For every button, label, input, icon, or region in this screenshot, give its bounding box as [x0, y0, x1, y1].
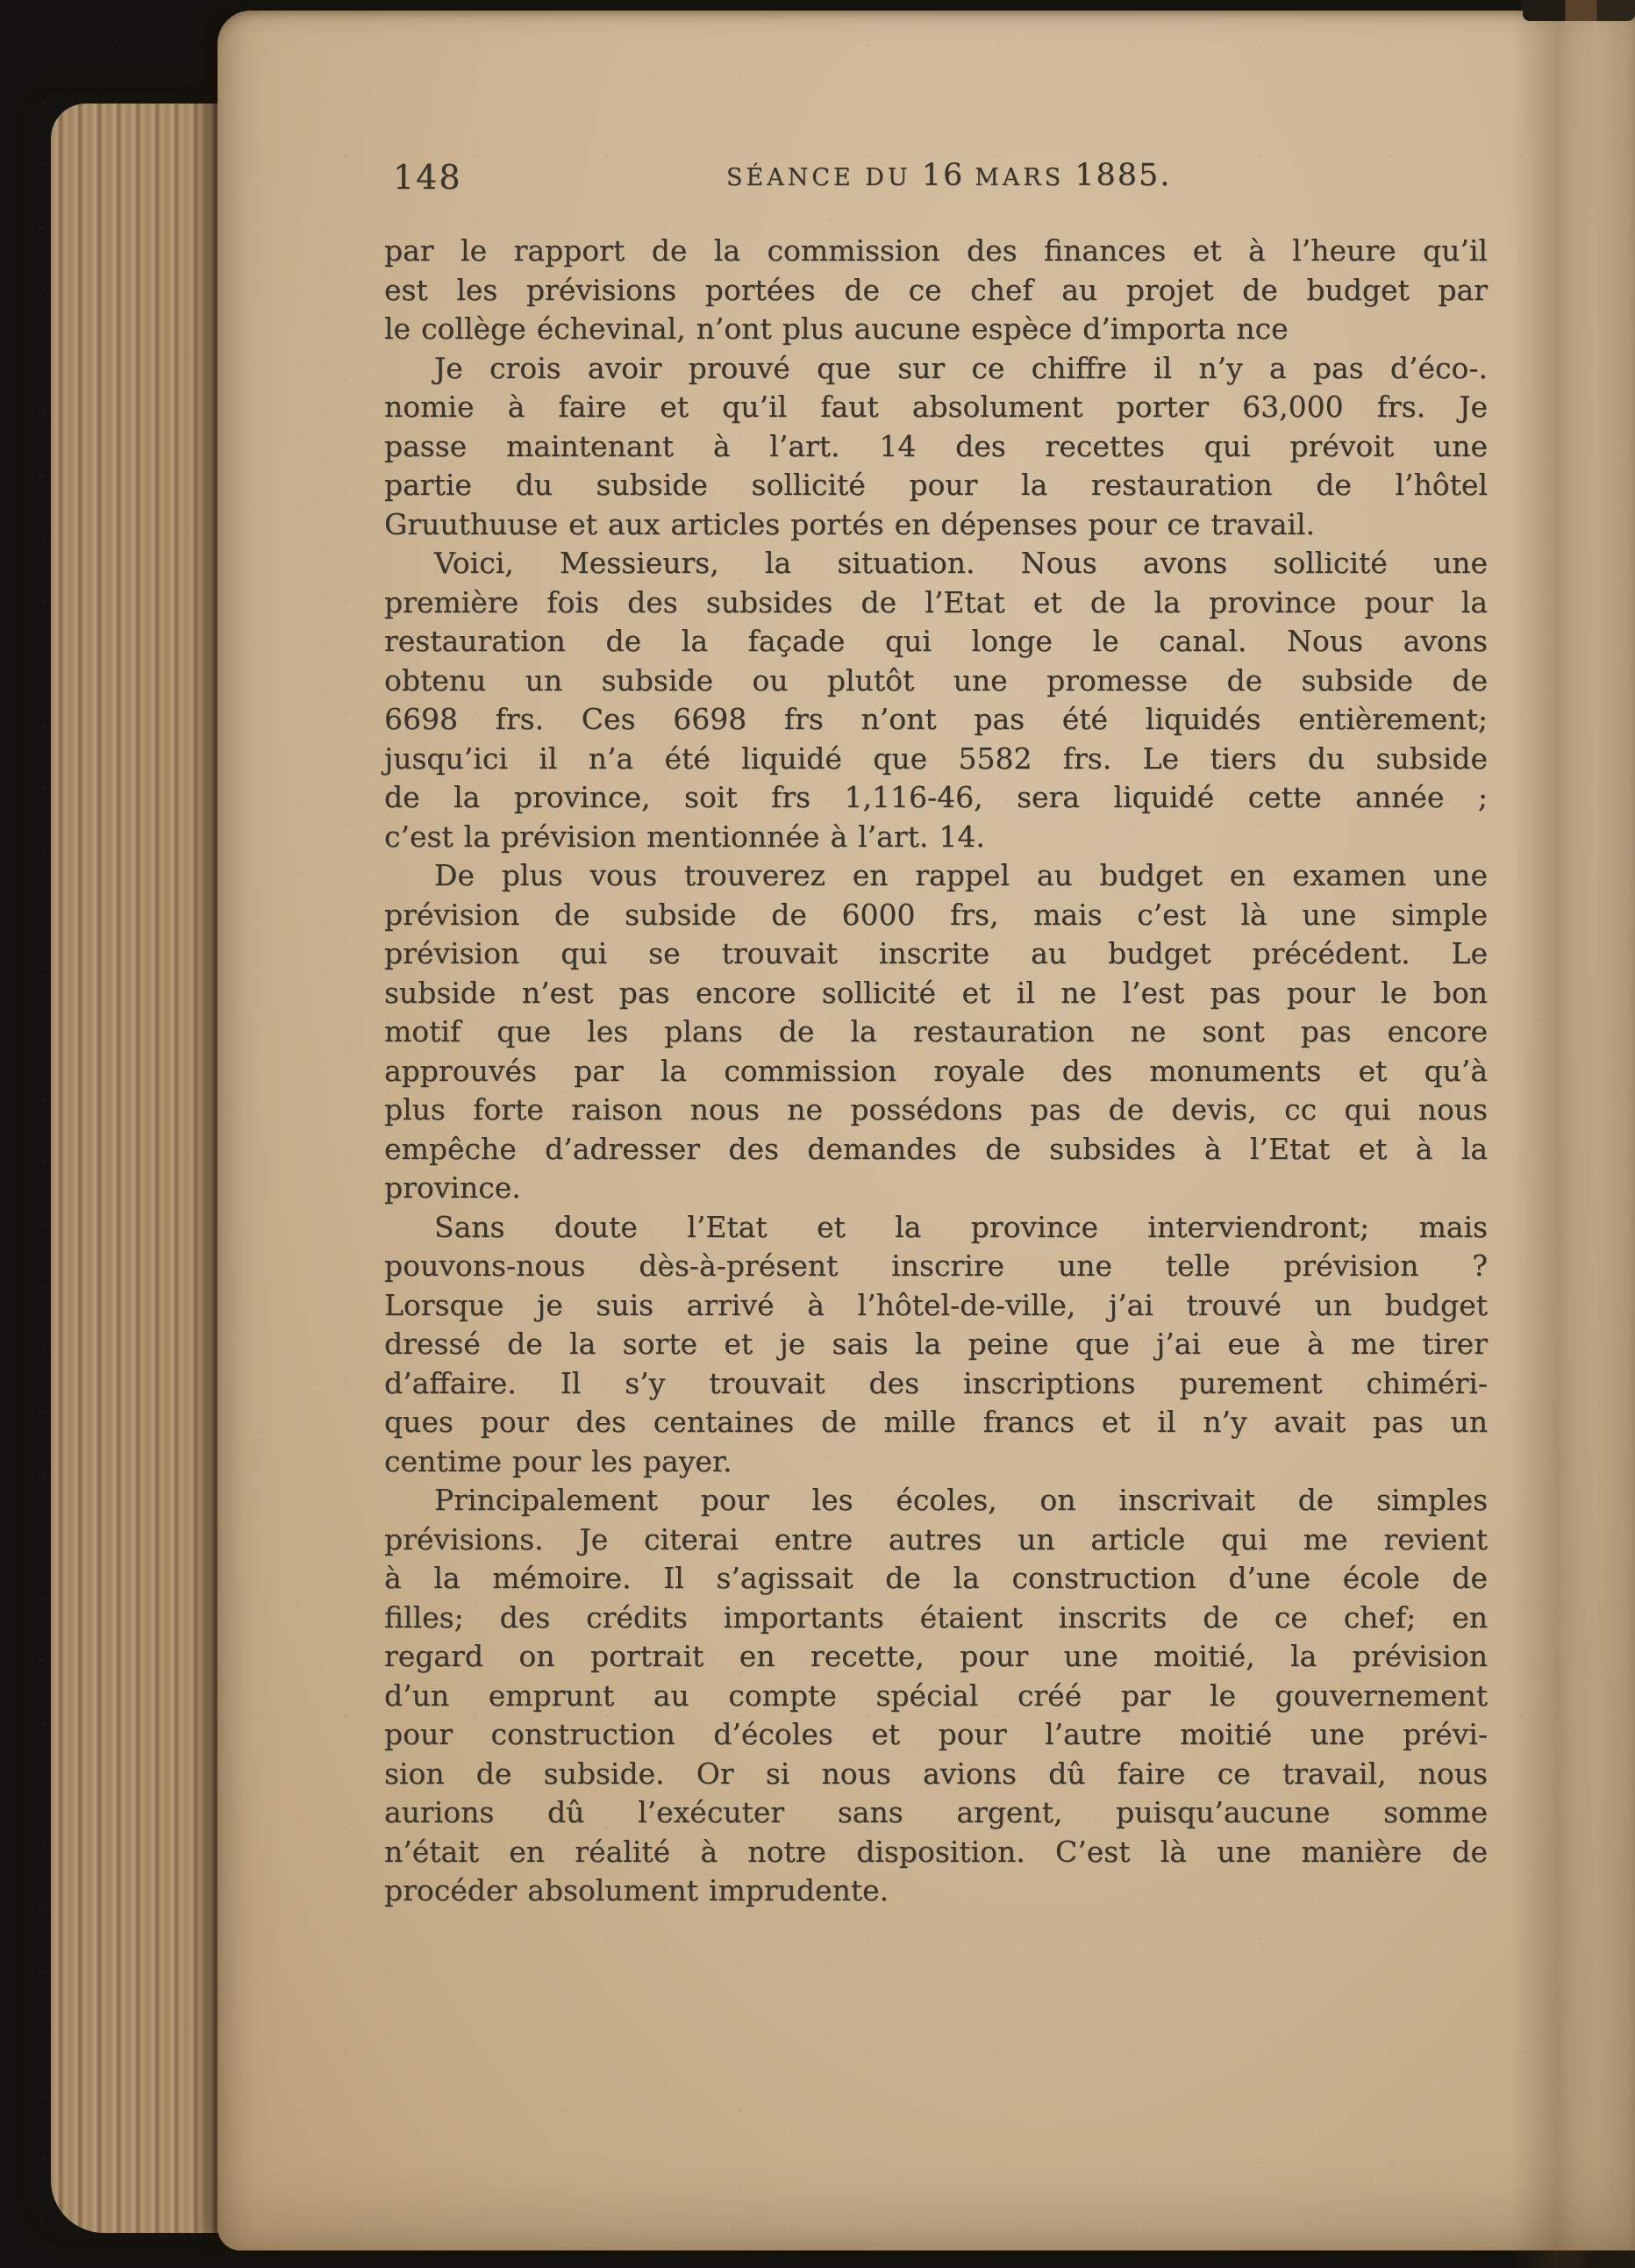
running-head-seance: SÉANCE DU — [726, 164, 911, 191]
text-line: n’était en réalité à notre disposition. … — [384, 1833, 1488, 1872]
running-head: SÉANCE DU16MARS1885. — [726, 158, 1171, 193]
text-line: centime pour les payer. — [384, 1442, 1488, 1482]
text-line: d’un emprunt au compte spécial créé par … — [384, 1677, 1488, 1716]
paragraph: par le rapport de la commission des fina… — [384, 232, 1488, 349]
text-line: de la province, soit frs 1,116-46, sera … — [384, 778, 1488, 818]
text-line: restauration de la façade qui longe le c… — [384, 622, 1488, 662]
text-line: empêche d’adresser des demandes de subsi… — [384, 1130, 1488, 1170]
paragraph: Je crois avoir prouvé que sur ce chiffre… — [384, 349, 1488, 545]
text-line: subside n’est pas encore sollicité et il… — [384, 974, 1488, 1013]
text-line: jusqu’ici il n’a été liquidé que 5582 fr… — [384, 740, 1488, 779]
running-head-year: 1885. — [1075, 158, 1171, 193]
text-line: approuvés par la commission royale des m… — [384, 1052, 1488, 1091]
text-line: pour construction d’écoles et pour l’aut… — [384, 1715, 1488, 1755]
text-line: prévision de subside de 6000 frs, mais c… — [384, 896, 1488, 935]
paragraph: De plus vous trouverez en rappel au budg… — [384, 856, 1488, 1208]
text-line: passe maintenant à l’art. 14 des recette… — [384, 427, 1488, 467]
text-line: à la mémoire. Il s’agissait de la constr… — [384, 1559, 1488, 1599]
text-line: province. — [384, 1169, 1488, 1208]
text-line: Sans doute l’Etat et la province intervi… — [384, 1208, 1488, 1248]
page-number: 148 — [393, 158, 462, 197]
text-line: 6698 frs. Ces 6698 frs n’ont pas été liq… — [384, 700, 1488, 740]
paragraph: Voici, Messieurs, la situation. Nous avo… — [384, 544, 1488, 856]
text-line: Voici, Messieurs, la situation. Nous avo… — [384, 544, 1488, 583]
text-line: sion de subside. Or si nous avions dû fa… — [384, 1755, 1488, 1794]
text-line: prévisions. Je citerai entre autres un a… — [384, 1520, 1488, 1560]
running-head-day: 16 — [922, 158, 965, 193]
text-line: le collège échevinal, n’ont plus aucune … — [384, 310, 1488, 349]
text-line: motif que les plans de la restauration n… — [384, 1012, 1488, 1052]
text-line: pouvons-nous dès-à-présent inscrire une … — [384, 1247, 1488, 1286]
text-line: ques pour des centaines de mille francs … — [384, 1403, 1488, 1442]
text-line: d’affaire. Il s’y trouvait des inscripti… — [384, 1364, 1488, 1404]
page-text: par le rapport de la commission des fina… — [384, 232, 1488, 1911]
text-line: regard on portrait en recette, pour une … — [384, 1637, 1488, 1677]
text-line: aurions dû l’exécuter sans argent, puisq… — [384, 1793, 1488, 1833]
text-line: est les prévisions portées de ce chef au… — [384, 271, 1488, 311]
text-line: Lorsque je suis arrivé à l’hôtel-de-vill… — [384, 1286, 1488, 1326]
text-line: c’est la prévision mentionnée à l’art. 1… — [384, 818, 1488, 857]
text-line: première fois des subsides de l’Etat et … — [384, 583, 1488, 623]
text-line: nomie à faire et qu’il faut absolument p… — [384, 388, 1488, 427]
text-line: Principalement pour les écoles, on inscr… — [384, 1481, 1488, 1520]
text-line: procéder absolument imprudente. — [384, 1871, 1488, 1911]
text-line: obtenu un subside ou plutôt une promesse… — [384, 662, 1488, 701]
text-line: filles; des crédits importants étaient i… — [384, 1599, 1488, 1638]
text-line: plus forte raison nous ne possédons pas … — [384, 1091, 1488, 1130]
text-line: Je crois avoir prouvé que sur ce chiffre… — [384, 349, 1488, 389]
page-content: 148 SÉANCE DU16MARS1885. par le rapport … — [0, 0, 1635, 2268]
text-line: partie du subside sollicité pour la rest… — [384, 466, 1488, 505]
text-line: De plus vous trouverez en rappel au budg… — [384, 856, 1488, 896]
paragraph: Principalement pour les écoles, on inscr… — [384, 1481, 1488, 1911]
text-line: par le rapport de la commission des fina… — [384, 232, 1488, 271]
text-line: dressé de la sorte et je sais la peine q… — [384, 1325, 1488, 1364]
scanned-book-photo: 148 SÉANCE DU16MARS1885. par le rapport … — [0, 0, 1635, 2268]
paragraph: Sans doute l’Etat et la province intervi… — [384, 1208, 1488, 1482]
text-line: prévision qui se trouvait inscrite au bu… — [384, 934, 1488, 974]
text-line: Gruuthuuse et aux articles portés en dép… — [384, 505, 1488, 545]
running-head-month: MARS — [975, 164, 1064, 191]
